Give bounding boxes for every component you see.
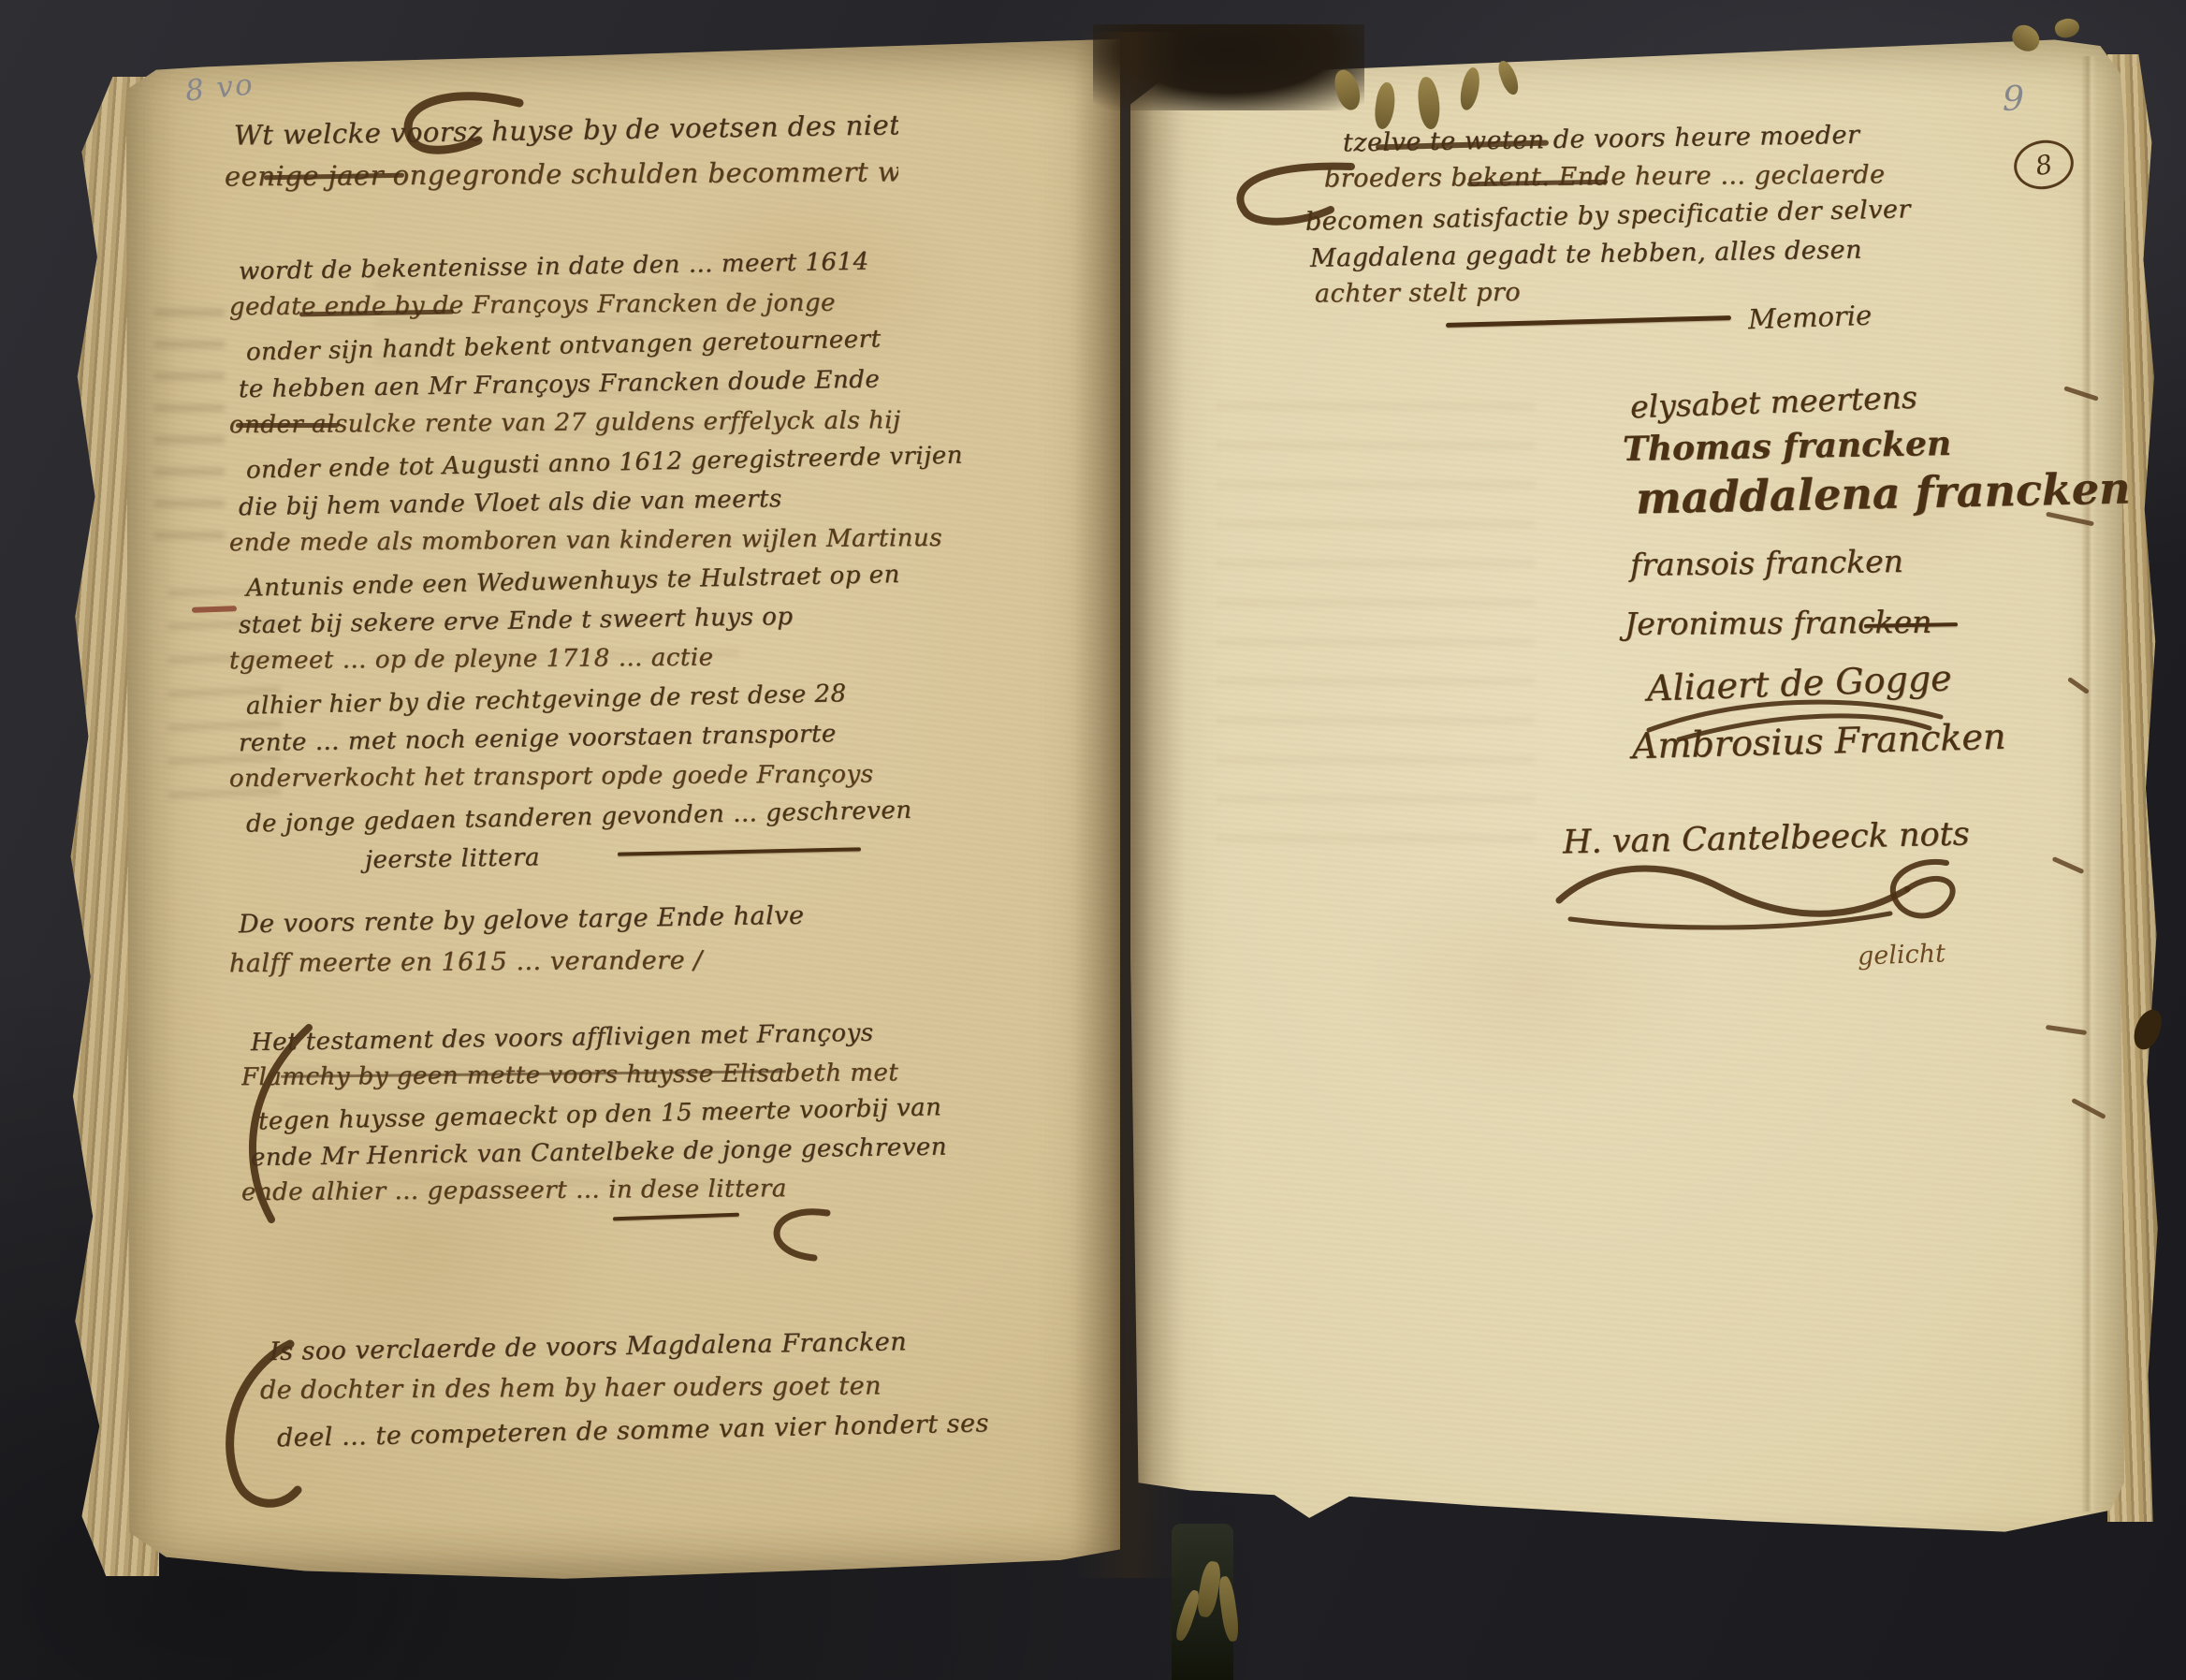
- strike-mark: [236, 423, 339, 428]
- manuscript-paragraph: Wt welcke voorsz huyse by de voetsen des…: [225, 114, 898, 202]
- docket-note: gelicht: [1857, 939, 1946, 971]
- photo-background: 8 vo 9 Wt welcke voorsz huyse by de voet…: [0, 0, 2186, 1680]
- closing-flourish: [747, 1198, 850, 1273]
- handwriting-line: eenige jaer ongegronde schulden becommer…: [225, 155, 898, 202]
- manuscript-paragraph: Het testament des voors afflivigen met F…: [241, 1022, 1116, 1214]
- spine-gap: [1093, 24, 1364, 110]
- binding-thread: [2053, 16, 2081, 40]
- manuscript-paragraph: wordt de bekentenisse in date den … meer…: [229, 251, 1114, 880]
- signature-thomas-francken: Thomas francken: [1623, 424, 1952, 469]
- circled-end-mark-text: 8: [2033, 148, 2054, 182]
- manuscript-paragraph: tzelve te weten de voors heure moeder br…: [1231, 124, 2007, 315]
- signature-fransois-francken: fransois francken: [1630, 543, 1903, 583]
- right-page-fold-crease: [2081, 56, 2096, 1512]
- handwriting-line: achter stelt pro: [1315, 274, 2007, 315]
- folio-label-left: 8 vo: [183, 67, 255, 109]
- handwriting-line: ende alhier … gepasseert … in dese litte…: [241, 1173, 1116, 1214]
- notary-paraph-flourish: [1546, 840, 1986, 943]
- manuscript-paragraph: De voors rente by gelove targe Ende halv…: [229, 903, 1114, 989]
- memoria-note: Memorie: [1747, 299, 1872, 336]
- folio-label-right: 9: [2003, 80, 2026, 119]
- handwriting-line: halff meerte en 1615 … verandere /: [229, 943, 1114, 989]
- manuscript-paragraph: Is soo verclaerde de voors Magdalena Fra…: [260, 1331, 1112, 1457]
